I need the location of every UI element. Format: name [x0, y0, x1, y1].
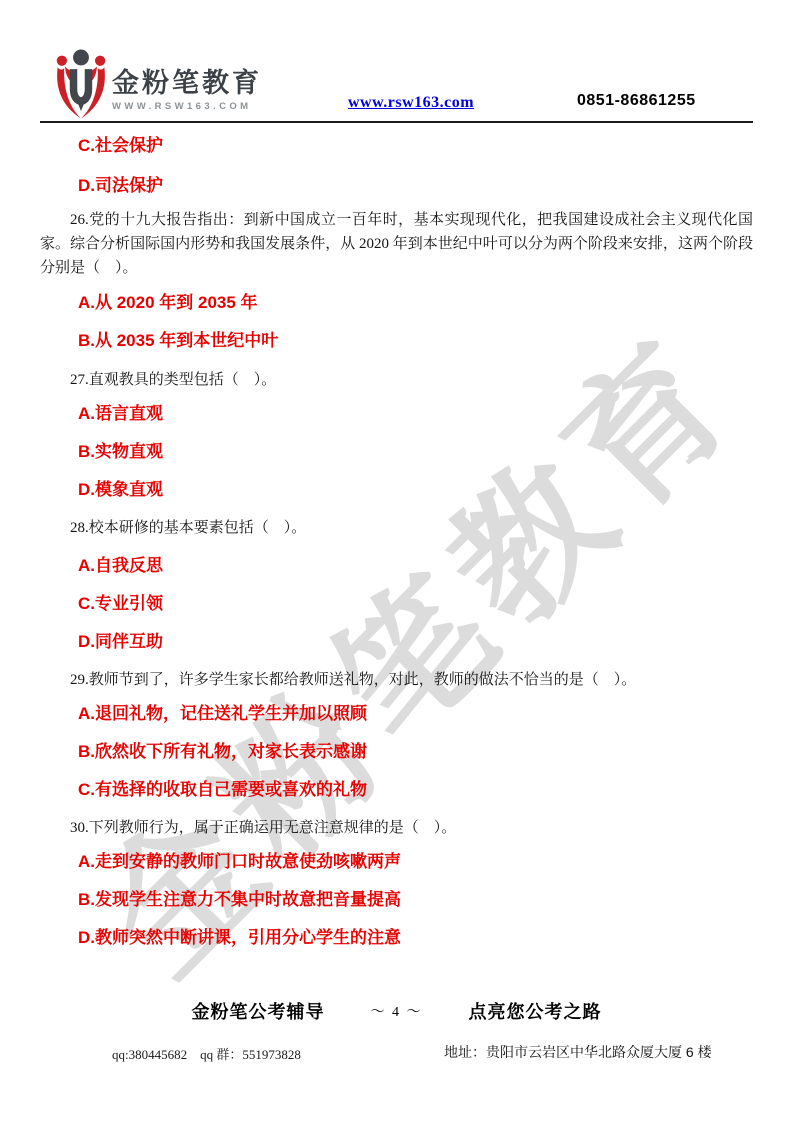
option-a-q27: A.语言直观 — [78, 404, 163, 423]
brand-name: 金粉笔教育 — [112, 68, 262, 98]
option-d-q27: D.模象直观 — [78, 480, 163, 499]
option-b-q29: B.欣然收下所有礼物，对家长表示感谢 — [78, 742, 367, 761]
option-c-q25: C.社会保护 — [78, 136, 163, 155]
question-30: 30.下列教师行为，属于正确运用无意注意规律的是（ ）。 — [40, 816, 753, 840]
question-29: 29.教师节到了，许多学生家长都给教师送礼物，对此，教师的做法不恰当的是（ ）。 — [40, 668, 753, 692]
option-b-q27: B.实物直观 — [78, 442, 163, 461]
contact-address: 地址：贵阳市云岩区中华北路众厦大厦 6 楼 — [444, 1042, 712, 1062]
phone-number: 0851-86861255 — [577, 92, 696, 110]
brand-site-caption: WWW.RSW163.COM — [112, 101, 262, 112]
brand-text-block: 金粉笔教育 WWW.RSW163.COM — [112, 68, 262, 112]
option-a-q26: A.从 2020 年到 2035 年 — [78, 293, 258, 312]
page-number: ～ 4 ～ — [371, 1001, 423, 1021]
option-b-q26: B.从 2035 年到本世纪中叶 — [78, 331, 278, 350]
footer-slogan-text: 点亮您公考之路 — [469, 998, 602, 1024]
option-d-q28: D.同伴互助 — [78, 632, 163, 651]
website-link[interactable]: www.rsw163.com — [348, 94, 474, 112]
footer-brand-text: 金粉笔公考辅导 — [192, 998, 325, 1024]
brand-logo-icon — [53, 47, 109, 128]
option-d-q30: D.教师突然中断讲课，引用分心学生的注意 — [78, 928, 401, 947]
option-c-q28: C.专业引领 — [78, 594, 163, 613]
option-d-q25: D.司法保护 — [78, 176, 163, 195]
footer-slogan-line: 金粉笔公考辅导 ～ 4 ～ 点亮您公考之路 — [0, 998, 793, 1024]
header-divider — [40, 121, 753, 123]
contact-qq: qq:380445682 qq 群：551973828 — [112, 1044, 301, 1063]
question-27: 27.直观教具的类型包括（ ）。 — [40, 368, 753, 392]
question-28: 28.校本研修的基本要素包括（ ）。 — [40, 516, 753, 540]
option-c-q29: C.有选择的收取自己需要或喜欢的礼物 — [78, 780, 367, 799]
option-a-q28: A.自我反思 — [78, 556, 163, 575]
option-a-q29: A.退回礼物，记住送礼学生并加以照顾 — [78, 704, 367, 723]
question-26: 26.党的十九大报告指出：到新中国成立一百年时，基本实现现代化，把我国建设成社会… — [40, 208, 753, 280]
option-a-q30: A.走到安静的教师门口时故意使劲咳嗽两声 — [78, 852, 401, 871]
document-page: 金粉笔教育 金粉笔教育 WWW.RSW163.COM www.rsw163.co… — [0, 0, 793, 1122]
option-b-q30: B.发现学生注意力不集中时故意把音量提高 — [78, 890, 401, 909]
